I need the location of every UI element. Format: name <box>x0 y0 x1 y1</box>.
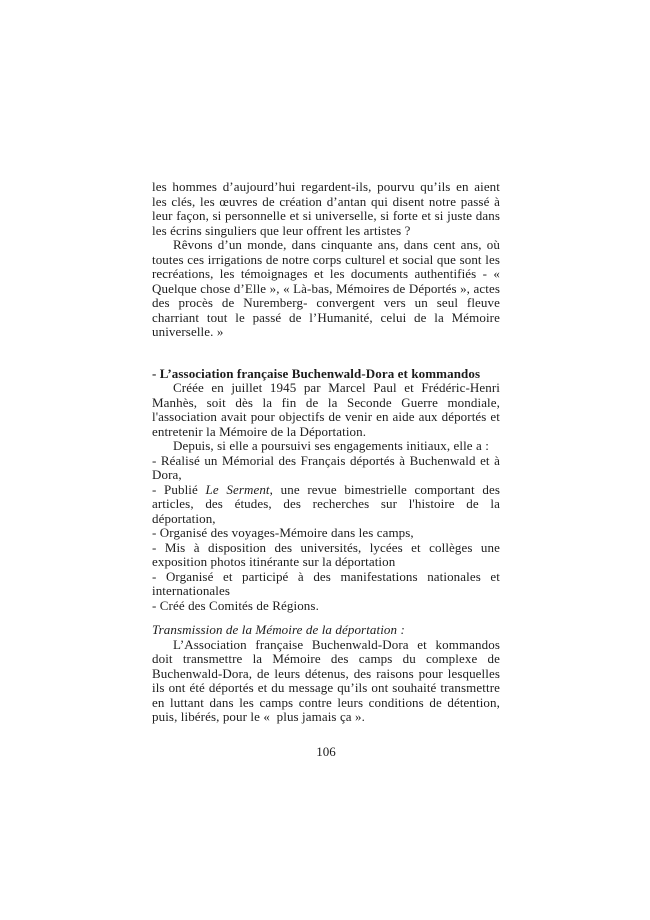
text-run: Depuis, si elle a poursuivi ses engageme… <box>173 438 489 453</box>
paragraph: les hommes d’aujourd’hui regardent-ils, … <box>152 180 500 238</box>
page-number: 106 <box>152 744 500 760</box>
text-run: les hommes d’aujourd’hui regardent-ils, … <box>152 179 500 238</box>
section-heading: - L’association française Buchenwald-Dor… <box>152 367 500 382</box>
paragraph: - Organisé et participé à des manifestat… <box>152 570 500 599</box>
paragraph: - Réalisé un Mémorial des Français dépor… <box>152 454 500 483</box>
paragraph: - Créé des Comités de Régions. <box>152 599 500 614</box>
book-page: les hommes d’aujourd’hui regardent-ils, … <box>0 0 650 920</box>
text-run: - Organisé et participé à des manifestat… <box>152 569 500 599</box>
paragraph: - Mis à disposition des universités, lyc… <box>152 541 500 570</box>
paragraph: - Organisé des voyages-Mémoire dans les … <box>152 526 500 541</box>
text-run: - Créé des Comités de Régions. <box>152 598 319 613</box>
paragraph: Depuis, si elle a poursuivi ses engageme… <box>152 439 500 454</box>
text-run: Créée en juillet 1945 par Marcel Paul et… <box>152 380 500 439</box>
italic-run: Le Serment <box>206 482 270 497</box>
text-run: Transmission de la Mémoire de la déporta… <box>152 622 405 637</box>
page-text: les hommes d’aujourd’hui regardent-ils, … <box>152 180 500 725</box>
paragraph: Créée en juillet 1945 par Marcel Paul et… <box>152 381 500 439</box>
text-run: - Réalisé un Mémorial des Français dépor… <box>152 453 500 483</box>
text-run: - Publié <box>152 482 206 497</box>
text-run: L’Association française Buchenwald-Dora … <box>152 637 500 725</box>
paragraph: L’Association française Buchenwald-Dora … <box>152 638 500 725</box>
text-run: Rêvons d’un monde, dans cinquante ans, d… <box>152 237 500 339</box>
paragraph: - Publié Le Serment, une revue bimestrie… <box>152 483 500 527</box>
text-run: - Mis à disposition des universités, lyc… <box>152 540 500 570</box>
italic-subheading: Transmission de la Mémoire de la déporta… <box>152 623 500 638</box>
text-run: - L’association française Buchenwald-Dor… <box>152 366 480 381</box>
paragraph: Rêvons d’un monde, dans cinquante ans, d… <box>152 238 500 340</box>
text-run: - Organisé des voyages-Mémoire dans les … <box>152 525 414 540</box>
